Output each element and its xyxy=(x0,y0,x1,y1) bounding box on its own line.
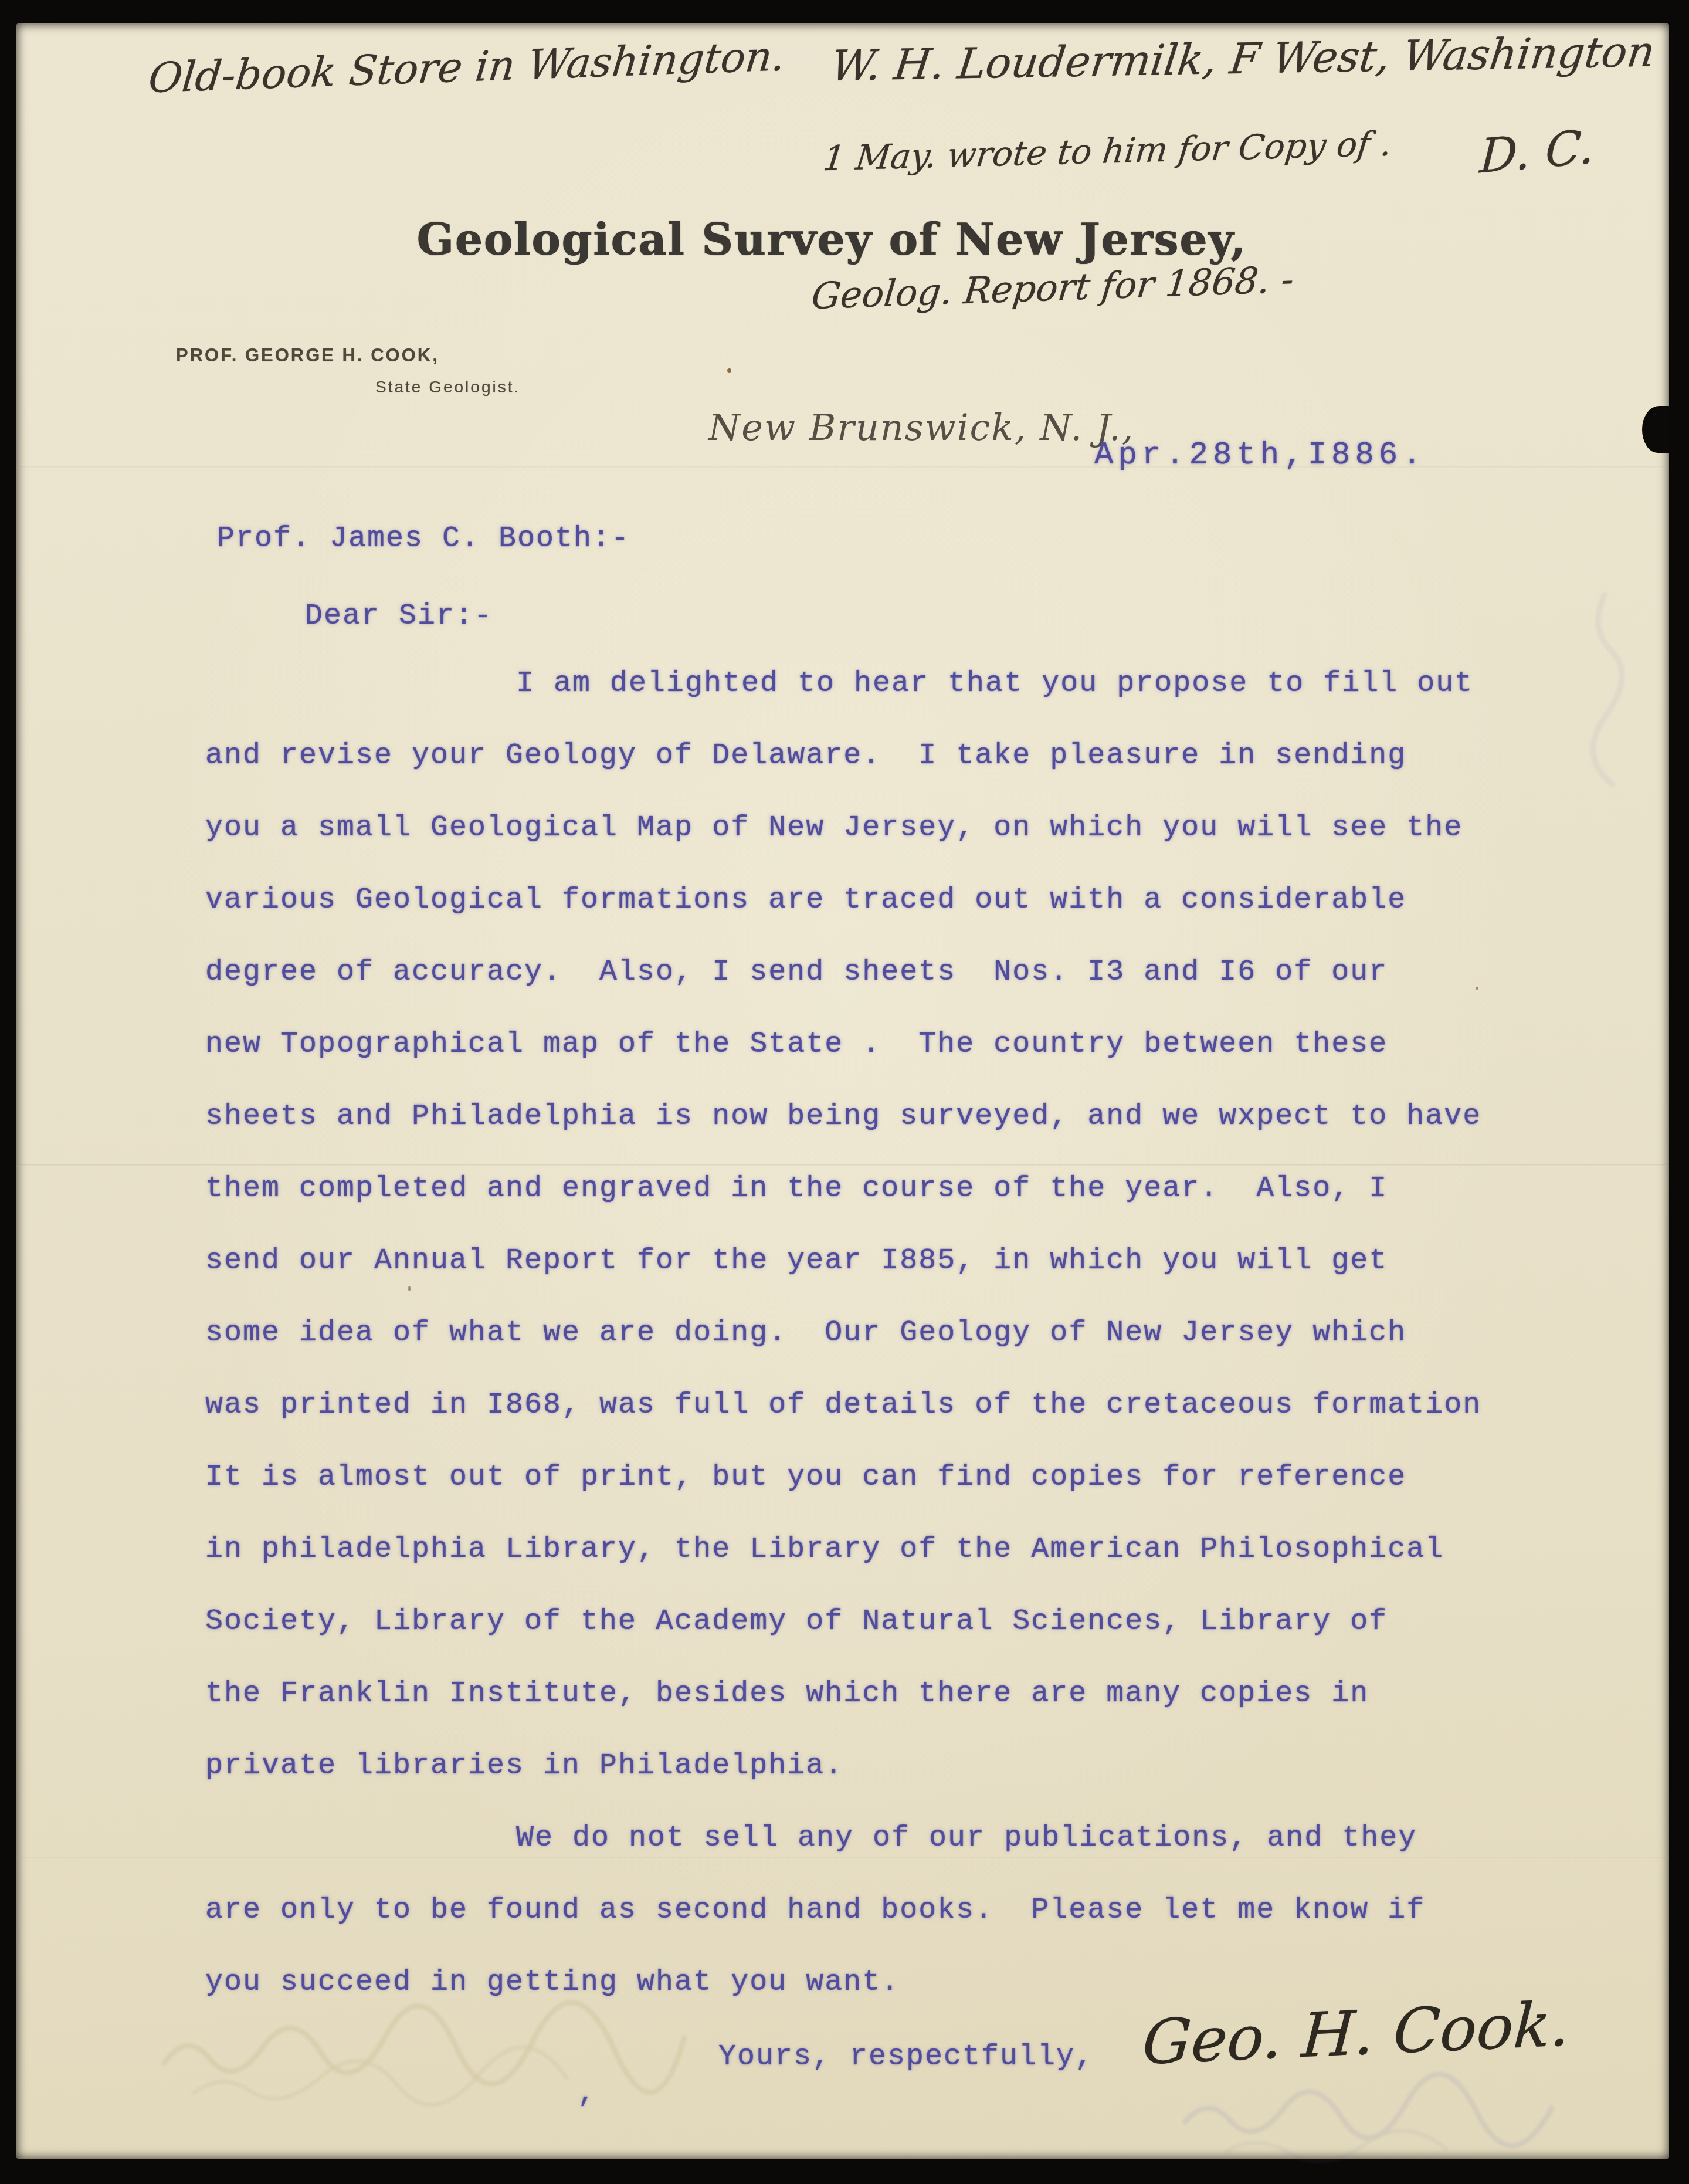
letter-body: I am delighted to hear that you propose … xyxy=(205,648,1542,2019)
annotation-bookstore: Old-book Store in Washington. xyxy=(146,32,788,102)
typed-line: private libraries in Philadelphia. xyxy=(205,1730,1542,1802)
dateline-place: New Brunswick, N. J., xyxy=(708,406,1134,449)
typed-line: new Topographical map of the State . The… xyxy=(205,1008,1542,1081)
typed-line: It is almost out of print, but you can f… xyxy=(205,1441,1542,1513)
typed-line: sheets and Philadelphia is now being sur… xyxy=(205,1081,1542,1153)
bleedthrough-ghost xyxy=(157,1977,755,2118)
bleedthrough-ghost xyxy=(1178,2053,1600,2171)
typed-line: in philadelphia Library, the Library of … xyxy=(205,1513,1542,1586)
dust-speck xyxy=(1476,987,1478,990)
salutation-line: Dear Sir:- xyxy=(305,600,493,633)
fold-crease xyxy=(16,1857,1669,1858)
annotation-dc: D. C. xyxy=(1478,119,1596,184)
typed-line: We do not sell any of our publications, … xyxy=(205,1802,1542,1874)
paper-tear-notch xyxy=(1642,406,1670,453)
fold-crease xyxy=(16,466,1669,468)
typed-line: Society, Library of the Academy of Natur… xyxy=(205,1586,1542,1658)
typed-line: are only to be found as second hand book… xyxy=(205,1874,1542,1946)
typed-line: some idea of what we are doing. Our Geol… xyxy=(205,1297,1542,1369)
typed-line: was printed in I868, was full of details… xyxy=(205,1369,1542,1441)
fold-crease xyxy=(16,1164,1669,1166)
typed-line: various Geological formations are traced… xyxy=(205,864,1542,936)
officer-name: PROF. GEORGE H. COOK, xyxy=(176,345,439,366)
closing-line: Yours, respectfully, xyxy=(718,2040,1094,2074)
dust-speck xyxy=(408,1286,411,1291)
typed-line: send our Annual Report for the year I885… xyxy=(205,1225,1542,1297)
typed-line: the Franklin Institute, besides which th… xyxy=(205,1658,1542,1730)
typed-line: and revise your Geology of Delaware. I t… xyxy=(205,720,1542,792)
letterhead-title: Geological Survey of New Jersey, xyxy=(392,215,1271,265)
typed-line: degree of accuracy. Also, I send sheets … xyxy=(205,936,1542,1008)
recipient-line: Prof. James C. Booth:- xyxy=(217,522,630,556)
officer-title: State Geologist. xyxy=(375,378,520,397)
annotation-dealer: W. H. Loudermilk, F West, Washington xyxy=(829,27,1658,91)
typed-line: you a small Geological Map of New Jersey… xyxy=(205,792,1542,864)
letter-page: Old-book Store in Washington. W. H. Loud… xyxy=(16,23,1669,2159)
annotation-report-note: Geolog. Report for 1868. - xyxy=(809,258,1295,317)
dust-speck xyxy=(727,368,731,373)
typed-line: them completed and engraved in the cours… xyxy=(205,1153,1542,1225)
bleedthrough-ghost xyxy=(1565,587,1653,810)
annotation-may-note: 1 May. wrote to him for Copy of . xyxy=(821,124,1393,179)
typed-line: I am delighted to hear that you propose … xyxy=(205,648,1542,720)
